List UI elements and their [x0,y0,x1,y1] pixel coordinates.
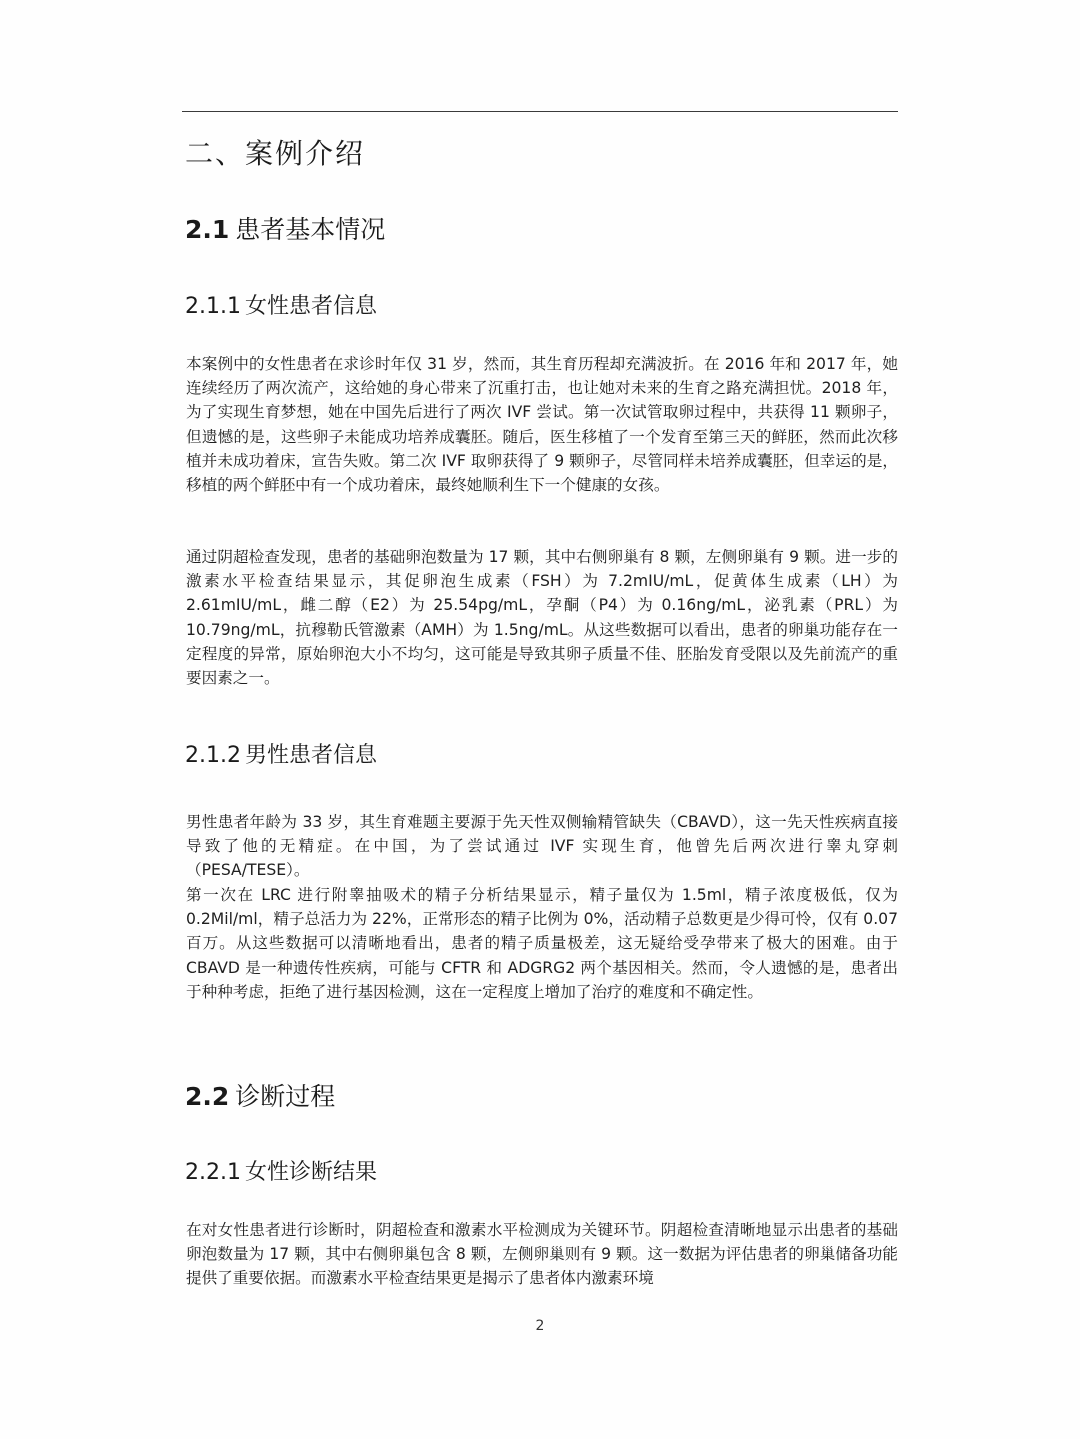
subsection-heading-2-2-1: 2.2.1女性诊断结果 [185,1155,377,1186]
subsection-heading-2-1-2: 2.1.2男性患者信息 [185,738,377,769]
document-page: 二、案例介绍 2.1患者基本情况 2.1.1女性患者信息 本案例中的女性患者在求… [0,0,1080,1439]
paragraph-male-sperm-analysis: 第一次在 LRC 进行附睾抽吸术的精子分析结果显示，精子量仅为 1.5ml，精子… [186,883,898,1004]
section-title: 患者基本情况 [235,215,385,244]
subsection-heading-2-1-1: 2.1.1女性患者信息 [185,289,377,320]
subsection-number: 2.1.1 [185,294,241,319]
chapter-title: 二、案例介绍 [185,132,365,172]
subsection-title: 男性患者信息 [245,743,377,768]
paragraph-female-tests: 通过阴超检查发现，患者的基础卵泡数量为 17 颗，其中右侧卵巢有 8 颗，左侧卵… [186,545,898,690]
section-number: 2.2 [185,1082,229,1111]
section-heading-2-2: 2.2诊断过程 [185,1077,335,1113]
section-heading-2-1: 2.1患者基本情况 [185,210,385,246]
subsection-number: 2.1.2 [185,743,241,768]
subsection-title: 女性诊断结果 [245,1160,377,1185]
subsection-title: 女性患者信息 [245,294,377,319]
paragraph-male-history: 男性患者年龄为 33 岁，其生育难题主要源于先天性双侧输精管缺失（CBAVD），… [186,810,898,883]
subsection-number: 2.2.1 [185,1160,241,1185]
paragraph-female-history: 本案例中的女性患者在求诊时年仅 31 岁，然而，其生育历程却充满波折。在 201… [186,352,898,497]
header-rule [182,111,898,112]
section-title: 诊断过程 [235,1082,335,1111]
page-number: 2 [0,1318,1080,1334]
section-number: 2.1 [185,215,229,244]
paragraph-female-diagnosis: 在对女性患者进行诊断时，阴超检查和激素水平检测成为关键环节。阴超检查清晰地显示出… [186,1218,898,1291]
